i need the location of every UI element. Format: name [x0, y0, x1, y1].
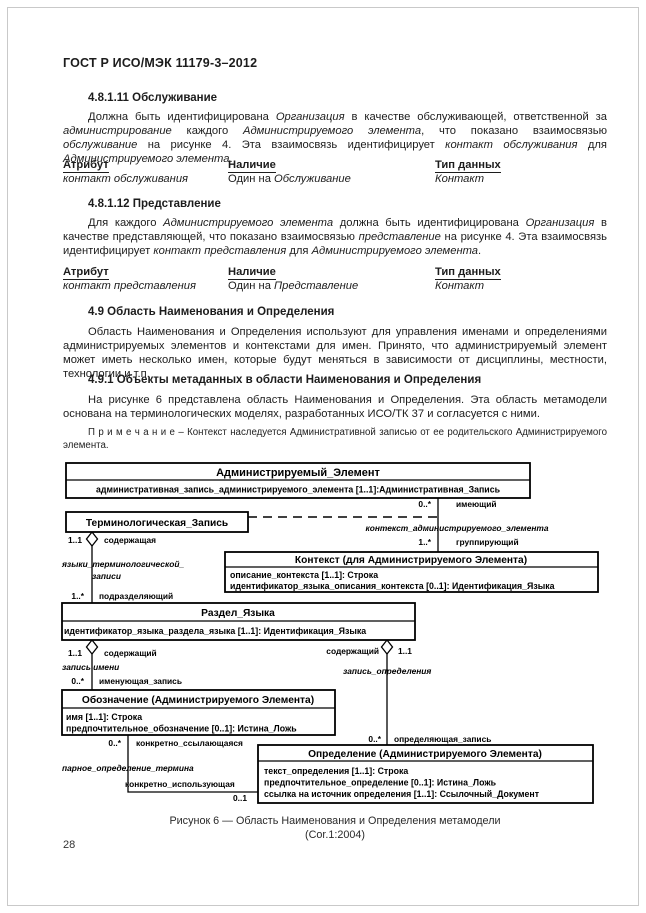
class-title: Раздел_Языка: [201, 608, 275, 619]
multiplicity-label: 1..*: [71, 591, 84, 601]
multiplicity-label: 1..1: [68, 535, 82, 545]
association-name-label: записи: [92, 571, 121, 581]
multiplicity-label: 1..*: [418, 537, 431, 547]
class-title: Контекст (для Администрируемого Элемента…: [295, 555, 527, 566]
class-box-language-section: Раздел_Языка идентификатор_языка_раздела…: [62, 603, 415, 640]
class-title: Определение (Администрируемого Элемента): [308, 749, 542, 760]
class-attribute: текст_определения [1..1]: Строка: [264, 766, 408, 776]
role-label: конкретно_использующая: [125, 779, 235, 789]
class-box-definition: Определение (Администрируемого Элемента)…: [258, 745, 593, 803]
aggregation-diamond-icon: [87, 532, 98, 546]
class-attribute: имя [1..1]: Строка: [66, 712, 142, 722]
association-name-label: парное_определение_термина: [62, 763, 194, 773]
role-label: содержащий: [104, 648, 157, 658]
multiplicity-label: 0..1: [233, 793, 247, 803]
role-label: именующая_запись: [99, 676, 182, 686]
aggregation-diamond-icon: [382, 640, 393, 654]
role-label: содержащая: [104, 535, 156, 545]
class-box-administered-element: Администрируемый_Элемент административна…: [66, 463, 530, 498]
class-attribute: предпочтительное_обозначение [0..1]: Ист…: [66, 724, 297, 734]
class-box-terminological-record: Терминологическая_Запись: [66, 512, 248, 532]
class-title: Обозначение (Администрируемого Элемента): [82, 694, 314, 706]
figure-6-diagram: Администрируемый_Элемент административна…: [0, 0, 646, 913]
multiplicity-label: 0..*: [108, 738, 121, 748]
figure-caption: Рисунок 6 — Область Наименования и Опред…: [63, 815, 607, 842]
document-page: ГОСТ Р ИСО/МЭК 11179-3–2012 4.8.1.11 Обс…: [0, 0, 646, 913]
role-label: подразделяющий: [99, 591, 173, 601]
class-attribute: ссылка на источник определения [1..1]: С…: [264, 789, 540, 799]
role-label: определяющая_запись: [394, 734, 491, 744]
association-name-label: запись_определения: [343, 666, 431, 676]
role-label: конкретно_ссылающаяся: [136, 738, 243, 748]
association-name-label: языки_терминологической_: [61, 559, 184, 569]
class-attribute: идентификатор_языка_раздела_языка [1..1]…: [64, 626, 366, 636]
multiplicity-label: 0..*: [368, 734, 381, 744]
figure-caption-line1: Рисунок 6 — Область Наименования и Опред…: [63, 815, 607, 829]
class-attribute: предпочтительное_определение [0..1]: Ист…: [264, 778, 497, 788]
class-attribute: идентификатор_языка_описания_контекста […: [230, 581, 555, 591]
role-label: группирующий: [456, 537, 519, 547]
page-number: 28: [63, 839, 75, 851]
class-title: Администрируемый_Элемент: [216, 467, 380, 479]
class-box-context: Контекст (для Администрируемого Элемента…: [225, 552, 598, 592]
class-attribute: описание_контекста [1..1]: Строка: [230, 570, 378, 580]
class-title: Терминологическая_Запись: [86, 518, 228, 529]
association-name-label: запись имени: [62, 662, 119, 672]
aggregation-diamond-icon: [87, 640, 98, 654]
figure-caption-line2: (Cor.1:2004): [63, 829, 607, 843]
role-label: имеющий: [456, 499, 497, 509]
class-box-designation: Обозначение (Администрируемого Элемента)…: [62, 690, 335, 735]
multiplicity-label: 0..*: [418, 499, 431, 509]
multiplicity-label: 1..1: [398, 646, 412, 656]
multiplicity-label: 0..*: [71, 676, 84, 686]
multiplicity-label: 1..1: [68, 648, 82, 658]
association-name-label: контекст_администрируемого_элемента: [365, 523, 548, 533]
class-attribute: административная_запись_администрируемог…: [96, 485, 501, 495]
role-label: содержащий: [326, 646, 379, 656]
